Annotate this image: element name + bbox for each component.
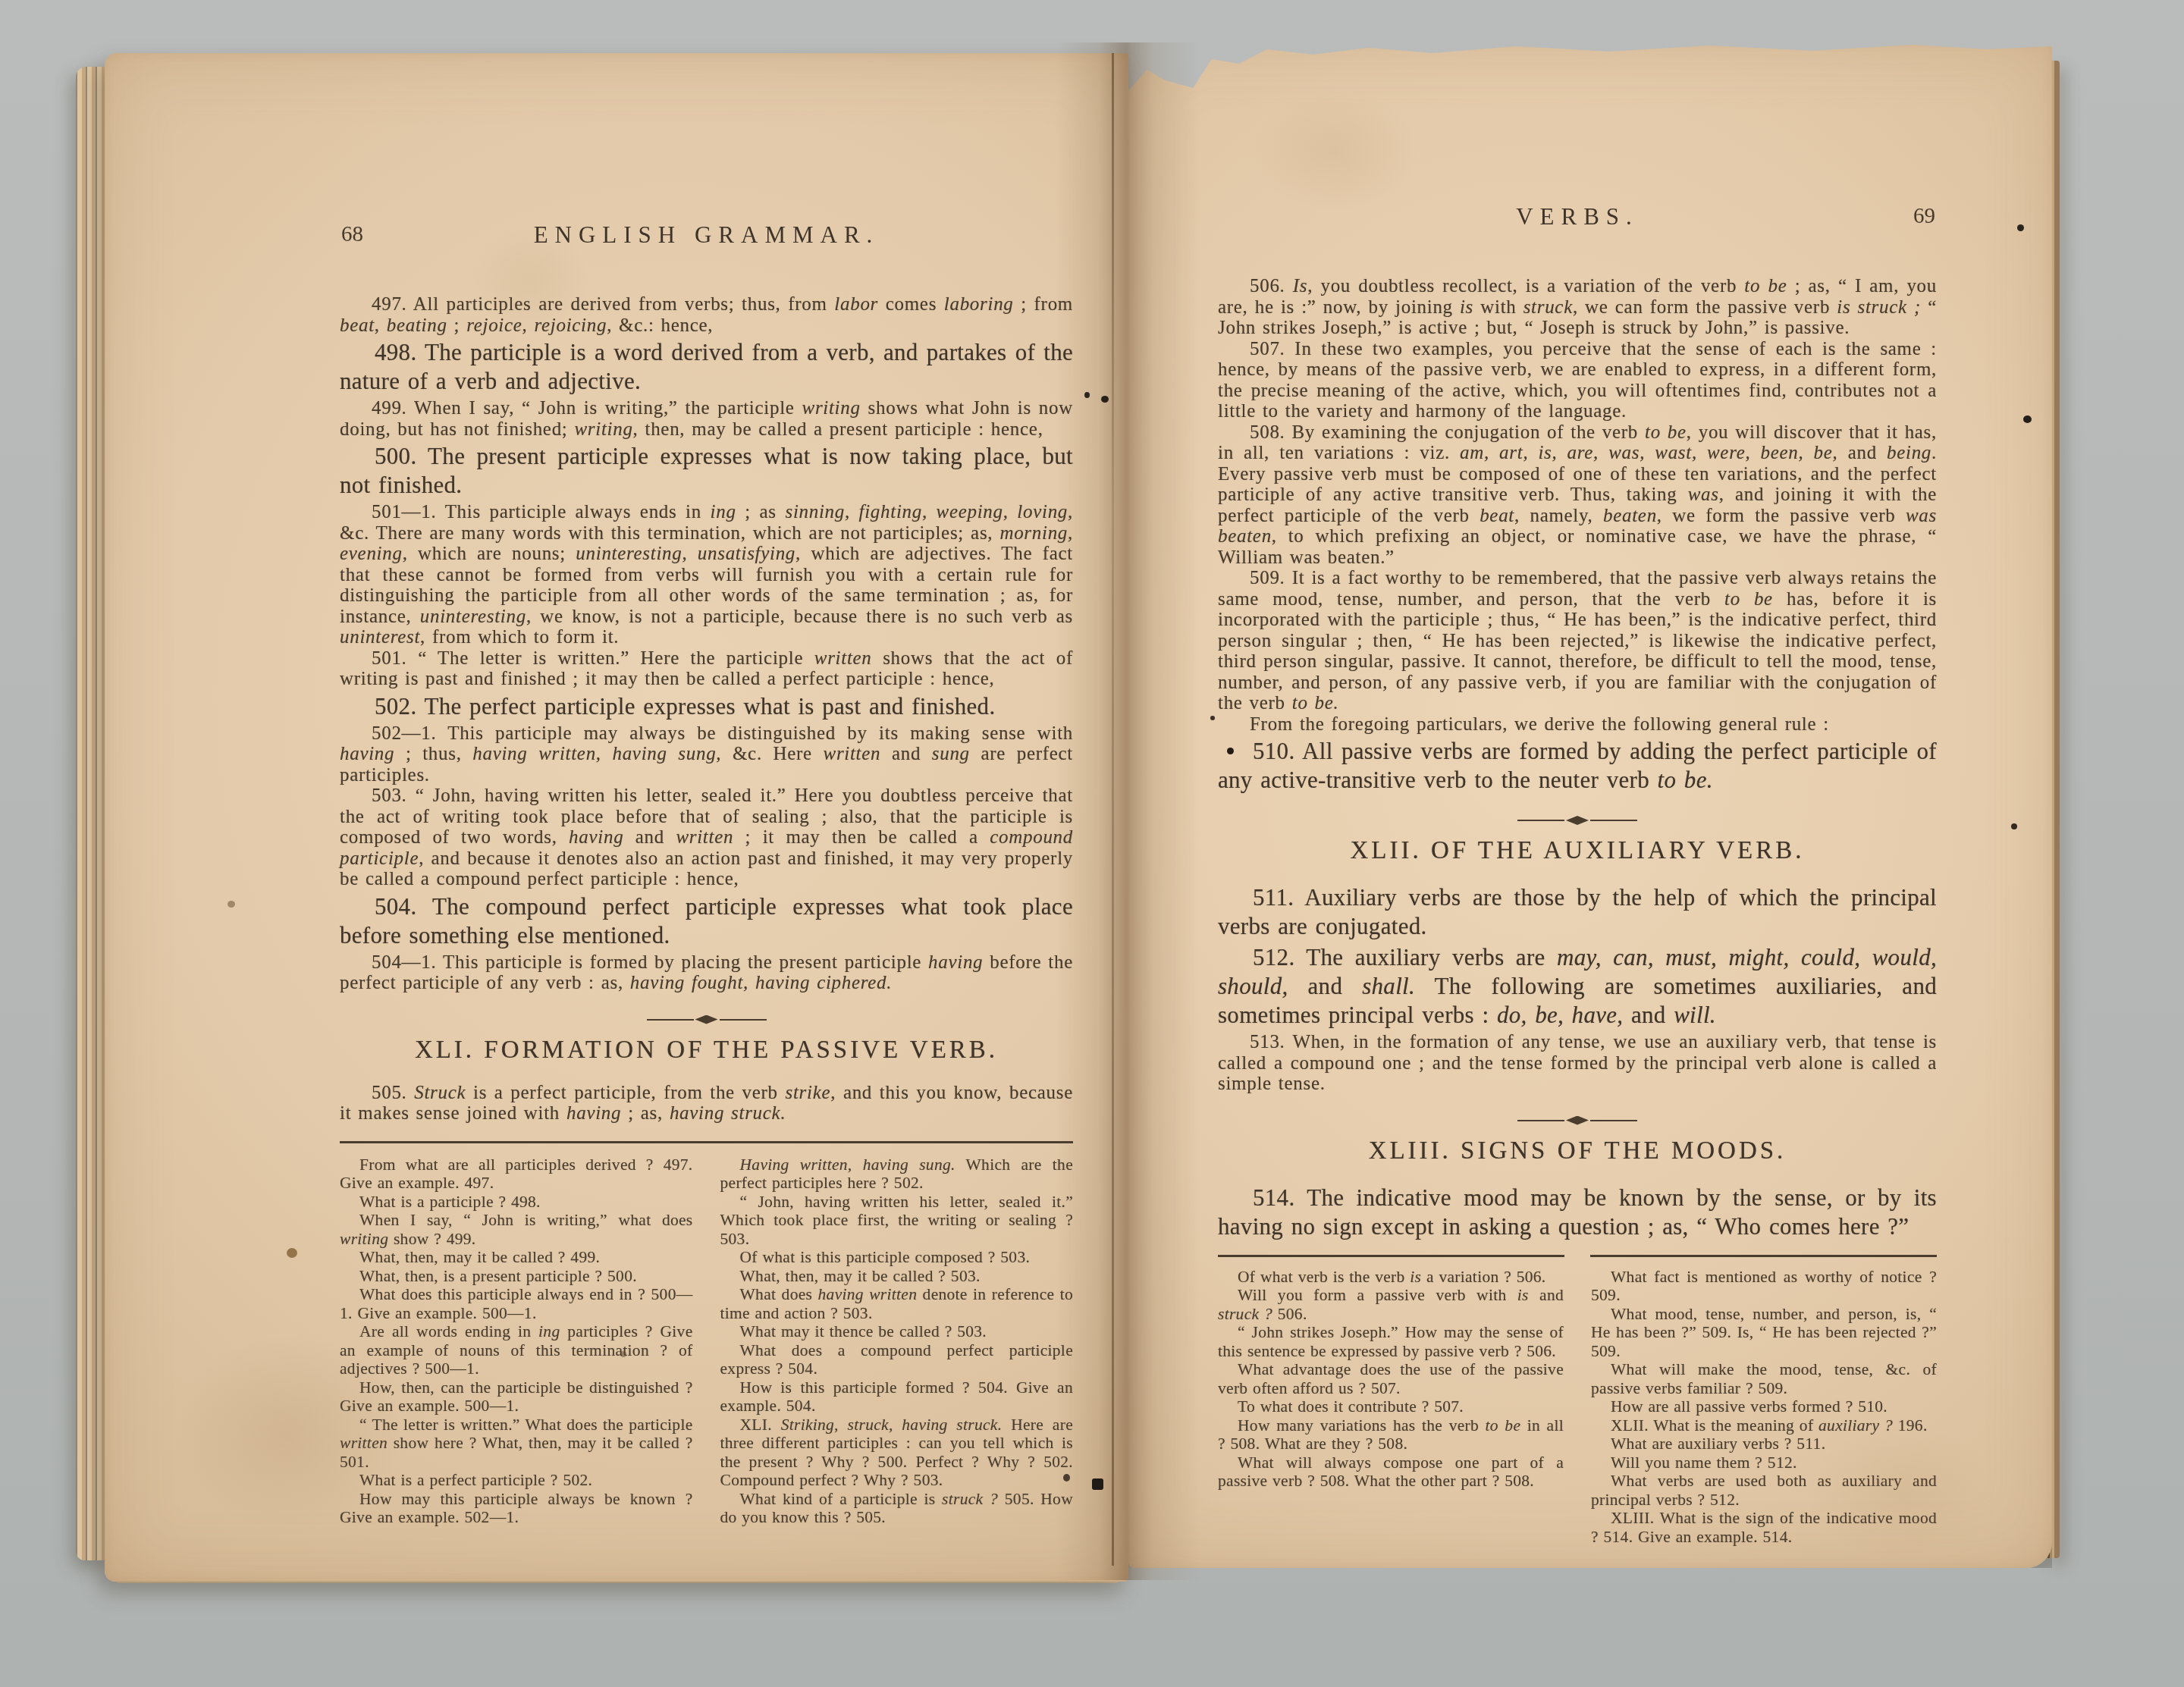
questions-column-1: Of what verb is the verb is a variation … [1218,1268,1564,1547]
section-divider [1218,816,1937,825]
question-item: From what are all participles derived ? … [340,1156,693,1193]
paragraph-502-1: 502—1. This participle may always be dis… [340,723,1073,786]
question-item: What will always compose one part of a p… [1218,1453,1564,1491]
question-item: What fact is mentioned as worthy of noti… [1591,1268,1937,1305]
questions-section-right-page: Of what verb is the verb is a variation … [1218,1268,1937,1547]
ink-speck [1092,1478,1103,1490]
question-item: What is a participle ? 498. [340,1193,693,1212]
paragraph-505: 505. Struck is a perfect participle, fro… [340,1083,1073,1124]
paragraph-503: 503. “ John, having written his letter, … [340,785,1073,890]
question-item: What mood, tense, number, and person, is… [1591,1305,1937,1361]
paragraph-506: 506. Is, you doubtless recollect, is a v… [1218,276,1937,339]
section-divider [340,1015,1073,1024]
foxing-spot [227,901,235,908]
question-item: Of what verb is the verb is a variation … [1218,1268,1564,1287]
paragraph-504-1: 504—1. This participle is formed by plac… [340,952,1073,994]
question-item: “ John, having written his letter, seale… [720,1193,1074,1249]
right-running-head-row: VERBS. 69 [1218,203,1937,237]
question-item: Of what is this participle composed ? 50… [720,1248,1074,1267]
question-item: When I say, “ John is writing,” what doe… [340,1211,693,1248]
ink-speck [1063,1474,1070,1482]
foxing-spot [287,1248,297,1258]
right-page-content: VERBS. 69 506. Is, you doubtless recolle… [1218,203,1937,1546]
foxing-spot [620,1351,626,1357]
question-item: How, then, can the participle be disting… [340,1378,693,1416]
running-head-right: VERBS. [1218,203,1937,230]
question-item: XLII. What is the meaning of auxiliary ?… [1591,1416,1937,1435]
question-item: XLIII. What is the sign of the indicativ… [1591,1509,1937,1546]
question-item: What are auxiliary verbs ? 511. [1591,1435,1937,1453]
paragraph-501-1: 501—1. This participle always ends in in… [340,502,1073,648]
paragraph-498: 498. The participle is a word derived fr… [340,338,1073,396]
section-divider [1218,1116,1937,1125]
question-item: “ The letter is written.” What does the … [340,1416,693,1472]
left-page-content: 68 ENGLISH GRAMMAR. 497. All participles… [340,221,1073,1527]
question-item: Will you form a passive verb with is and… [1218,1286,1564,1323]
question-item: What kind of a participle is struck ? 50… [720,1490,1074,1527]
question-item: “ John strikes Joseph.” How may the sens… [1218,1323,1564,1360]
paragraph-507: 507. In these two examples, you perceive… [1218,339,1937,422]
paragraph-512: 512. The auxiliary verbs are may, can, m… [1218,943,1937,1030]
gutter-crease [1112,53,1114,1566]
page-number-left: 68 [341,222,363,247]
paragraph-500: 500. The present participle expresses wh… [340,442,1073,500]
paragraph-502: 502. The perfect participle expresses wh… [340,692,1073,721]
questions-column-1: From what are all participles derived ? … [340,1156,693,1527]
section-heading-xli: XLI. FORMATION OF THE PASSIVE VERB. [340,1036,1073,1065]
left-running-head-row: 68 ENGLISH GRAMMAR. [340,221,1073,255]
ink-speck [2011,823,2017,829]
question-item: How may this participle always be known … [340,1490,693,1527]
ink-speck [2017,224,2024,231]
book-scan: 68 ENGLISH GRAMMAR. 497. All participles… [0,0,2184,1687]
page-number-right: 69 [1913,204,1935,229]
running-head-left: ENGLISH GRAMMAR. [340,221,1073,249]
question-item: What verbs are used both as auxiliary an… [1591,1472,1937,1509]
question-item: How is this participle formed ? 504. Giv… [720,1378,1074,1416]
ink-speck [1084,392,1090,398]
section-heading-xliii: XLIII. SIGNS OF THE MOODS. [1218,1137,1937,1165]
diamond-ornament-icon [695,1015,718,1024]
question-item: To what does it contribute ? 507. [1218,1397,1564,1416]
paragraph-508: 508. By examining the conjugation of the… [1218,422,1937,569]
questions-rule-left-page [340,1141,1073,1143]
paragraph-497: 497. All participles are derived from ve… [340,294,1073,336]
paragraph-501: 501. “ The letter is written.” Here the … [340,648,1073,690]
question-item: What does this participle always end in … [340,1285,693,1322]
question-item: What advantage does the use of the passi… [1218,1360,1564,1397]
questions-column-2: What fact is mentioned as worthy of noti… [1591,1268,1937,1547]
left-page: 68 ENGLISH GRAMMAR. 497. All participles… [105,53,1128,1582]
question-item: What does having written denote in refer… [720,1285,1074,1322]
question-item: Will you name them ? 512. [1591,1453,1937,1472]
question-item: What may it thence be called ? 503. [720,1322,1074,1341]
paragraph-513: 513. When, in the formation of any tense… [1218,1032,1937,1095]
question-item: What does a compound perfect participle … [720,1341,1074,1378]
questions-rule-right-page [1218,1255,1937,1257]
question-item: Having written, having sung. Which are t… [720,1156,1074,1193]
paragraph-511: 511. Auxiliary verbs are those by the he… [1218,883,1937,941]
ink-speck [2023,415,2032,423]
diamond-ornament-icon [1566,816,1589,825]
question-item: How many variations has the verb to be i… [1218,1416,1564,1453]
paragraph-514: 514. The indicative mood may be known by… [1218,1184,1937,1241]
question-item: What will make the mood, tense, &c. of p… [1591,1360,1937,1397]
paragraph-499: 499. When I say, “ John is writing,” the… [340,398,1073,440]
question-item: What, then, may it be called ? 503. [720,1267,1074,1286]
question-item: What, then, may it be called ? 499. [340,1248,693,1267]
paragraph-504: 504. The compound perfect participle exp… [340,892,1073,950]
question-item: Are all words ending in ing participles … [340,1322,693,1378]
paragraph-509: 509. It is a fact worthy to be remembere… [1218,568,1937,714]
ink-speck [1101,396,1109,403]
questions-column-2: Having written, having sung. Which are t… [720,1156,1074,1527]
paragraph-510: 510. All passive verbs are formed by add… [1218,737,1937,795]
diamond-ornament-icon [1566,1116,1589,1125]
questions-section-left-page: From what are all participles derived ? … [340,1156,1073,1527]
question-item: XLI. Striking, struck, having struck. He… [720,1416,1074,1490]
question-item: What is a perfect participle ? 502. [340,1471,693,1490]
ink-speck [1210,716,1215,720]
ink-speck [1227,748,1234,754]
question-item: How are all passive verbs formed ? 510. [1591,1397,1937,1416]
right-page: VERBS. 69 506. Is, you doubtless recolle… [1128,42,2052,1568]
section-heading-xlii: XLII. OF THE AUXILIARY VERB. [1218,837,1937,865]
paragraph-rule-intro: From the foregoing particulars, we deriv… [1218,714,1937,735]
question-item: What, then, is a present participle ? 50… [340,1267,693,1286]
